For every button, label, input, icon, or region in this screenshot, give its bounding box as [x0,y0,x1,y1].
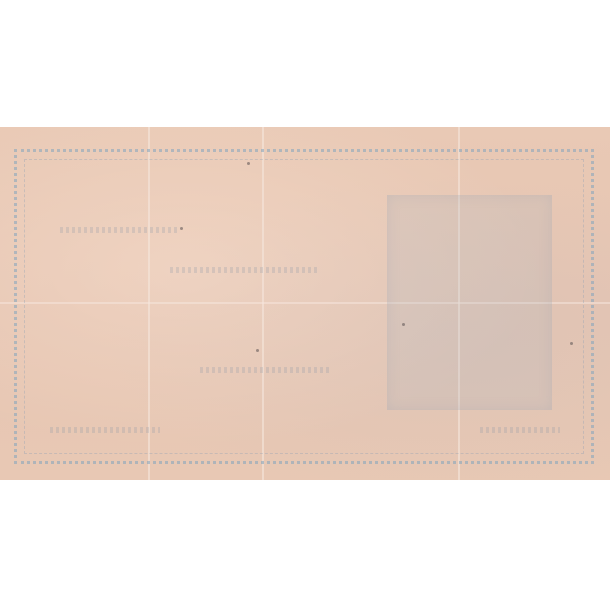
speck [570,342,573,345]
speck [180,227,183,230]
speck [402,323,405,326]
printed-panel [387,195,552,410]
speck [256,349,259,352]
faded-text [480,427,560,433]
banknote [0,127,610,480]
faded-text [50,427,160,433]
faded-text [200,367,330,373]
faded-text [60,227,180,233]
faded-text [170,267,320,273]
speck [247,162,250,165]
